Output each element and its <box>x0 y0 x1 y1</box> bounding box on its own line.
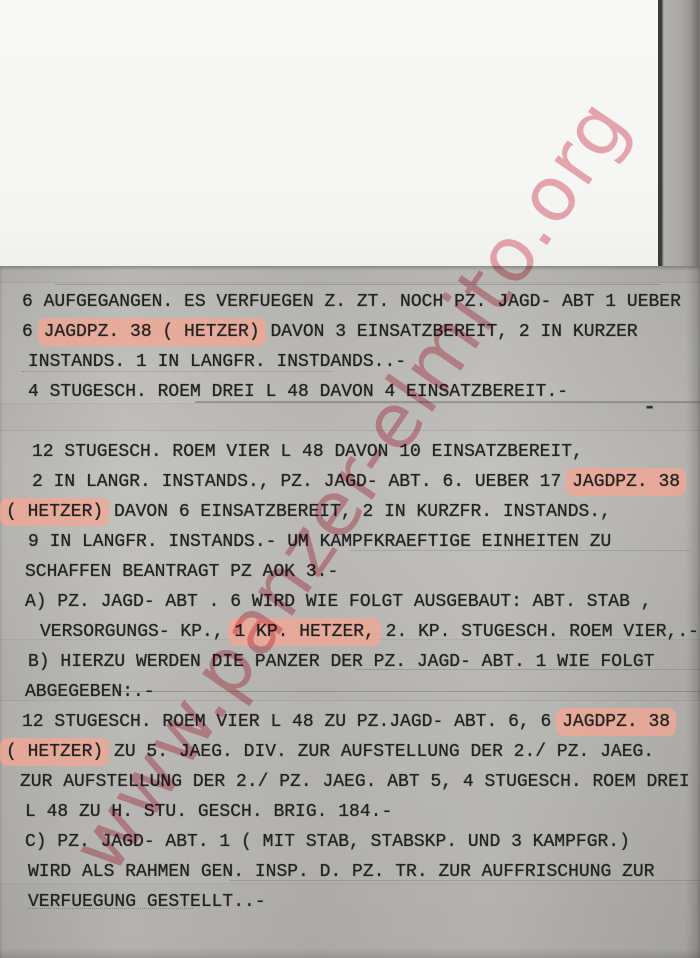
text-line: C) PZ. JAGD- ABT. 1 ( MIT STAB, STABSKP.… <box>0 827 700 857</box>
text-segment: 12 STUGESCH. ROEM VIER L 48 DAVON 10 EIN… <box>32 442 583 462</box>
text-segment: DAVON 3 EINSATZBEREIT, 2 IN KURZER <box>260 322 638 342</box>
text-segment: 12 STUGESCH. ROEM VIER L 48 ZU PZ.JAGD- … <box>22 712 562 732</box>
text-segment: ZU 5. JAEG. DIV. ZUR AUFSTELLUNG DER 2./… <box>103 742 654 762</box>
text-line: 2 IN LANGR. INSTANDS., PZ. JAGD- ABT. 6.… <box>0 467 700 497</box>
text-segment: 2 IN LANGR. INSTANDS., PZ. JAGD- ABT. 6.… <box>32 472 572 492</box>
text-segment: A) PZ. JAGD- ABT . 6 WIRD WIE FOLGT AUSG… <box>25 592 652 612</box>
text-segment: INSTANDS. 1 IN LANGFR. INSTDANDS..- <box>28 352 406 372</box>
text-line: INSTANDS. 1 IN LANGFR. INSTDANDS..- <box>0 347 700 377</box>
text-segment: 4 STUGESCH. ROEM DREI L 48 DAVON 4 EINSA… <box>28 382 568 402</box>
text-segment: 9 IN LANGFR. INSTANDS.- UM KAMPFKRAEFTIG… <box>28 532 611 552</box>
text-segment: 2. KP. STUGESCH. ROEM VIER,.- <box>375 622 699 642</box>
text-line: WIRD ALS RAHMEN GEN. INSP. D. PZ. TR. ZU… <box>0 857 700 887</box>
text-line: VERSORGUNGS- KP., 1 KP. HETZER, 2. KP. S… <box>0 617 700 647</box>
text-segment: VERFUEGUNG GESTELLT..- <box>28 892 266 912</box>
text-line: SCHAFFEN BEANTRAGT PZ AOK 3.- <box>0 557 700 587</box>
text-segment: ABGEGEBEN:.- <box>25 682 155 702</box>
text-segment: SCHAFFEN BEANTRAGT PZ AOK 3.- <box>25 562 338 582</box>
text-line <box>0 407 700 437</box>
text-line: B) HIERZU WERDEN DIE PANZER DER PZ. JAGD… <box>0 647 700 677</box>
text-segment: ZUR AUFSTELLUNG DER 2./ PZ. JAEG. ABT 5,… <box>20 772 690 792</box>
text-line: 12 STUGESCH. ROEM VIER L 48 ZU PZ.JAGD- … <box>0 707 700 737</box>
text-segment: DAVON 6 EINSATZBEREIT, 2 IN KURZFR. INST… <box>103 502 611 522</box>
text-segment: WIRD ALS RAHMEN GEN. INSP. D. PZ. TR. ZU… <box>28 862 655 882</box>
text-line: ( HETZER) DAVON 6 EINSATZBEREIT, 2 IN KU… <box>0 497 700 527</box>
text-segment: B) HIERZU WERDEN DIE PANZER DER PZ. JAGD… <box>28 652 655 672</box>
white-sheet-top <box>0 0 658 266</box>
text-line: 6 JAGDPZ. 38 ( HETZER) DAVON 3 EINSATZBE… <box>0 317 700 347</box>
text-line: 9 IN LANGFR. INSTANDS.- UM KAMPFKRAEFTIG… <box>0 527 700 557</box>
highlight-marker: JAGDPZ. 38 ( HETZER) <box>38 318 266 346</box>
scan-artifact-line <box>55 284 660 285</box>
highlight-marker: ( HETZER) <box>0 738 109 766</box>
paper-bottom-shadow <box>0 948 700 958</box>
text-line: ( HETZER) ZU 5. JAEG. DIV. ZUR AUFSTELLU… <box>0 737 700 767</box>
text-line: VERFUEGUNG GESTELLT..- <box>0 887 700 917</box>
text-segment: 6 AUFGEGANGEN. ES VERFUEGEN Z. ZT. NOCH … <box>22 292 681 312</box>
text-segment: L 48 ZU H. STU. GESCH. BRIG. 184.- <box>25 802 392 822</box>
text-line: 12 STUGESCH. ROEM VIER L 48 DAVON 10 EIN… <box>0 437 700 467</box>
text-line: A) PZ. JAGD- ABT . 6 WIRD WIE FOLGT AUSG… <box>0 587 700 617</box>
highlight-marker: JAGDPZ. 38 <box>566 468 686 496</box>
text-line: 4 STUGESCH. ROEM DREI L 48 DAVON 4 EINSA… <box>0 377 700 407</box>
highlight-marker: ( HETZER) <box>0 498 109 526</box>
highlight-marker: JAGDPZ. 38 <box>556 708 676 736</box>
text-line: L 48 ZU H. STU. GESCH. BRIG. 184.- <box>0 797 700 827</box>
highlight-marker: 1 KP. HETZER, <box>228 618 380 646</box>
text-line: 6 AUFGEGANGEN. ES VERFUEGEN Z. ZT. NOCH … <box>0 287 700 317</box>
document-text: 6 AUFGEGANGEN. ES VERFUEGEN Z. ZT. NOCH … <box>0 287 700 917</box>
text-line: ZUR AUFSTELLUNG DER 2./ PZ. JAEG. ABT 5,… <box>0 767 700 797</box>
text-segment: C) PZ. JAGD- ABT. 1 ( MIT STAB, STABSKP.… <box>25 832 630 852</box>
text-segment: VERSORGUNGS- KP., <box>40 622 234 642</box>
page-edge-strip <box>658 0 700 266</box>
text-line: ABGEGEBEN:.- <box>0 677 700 707</box>
